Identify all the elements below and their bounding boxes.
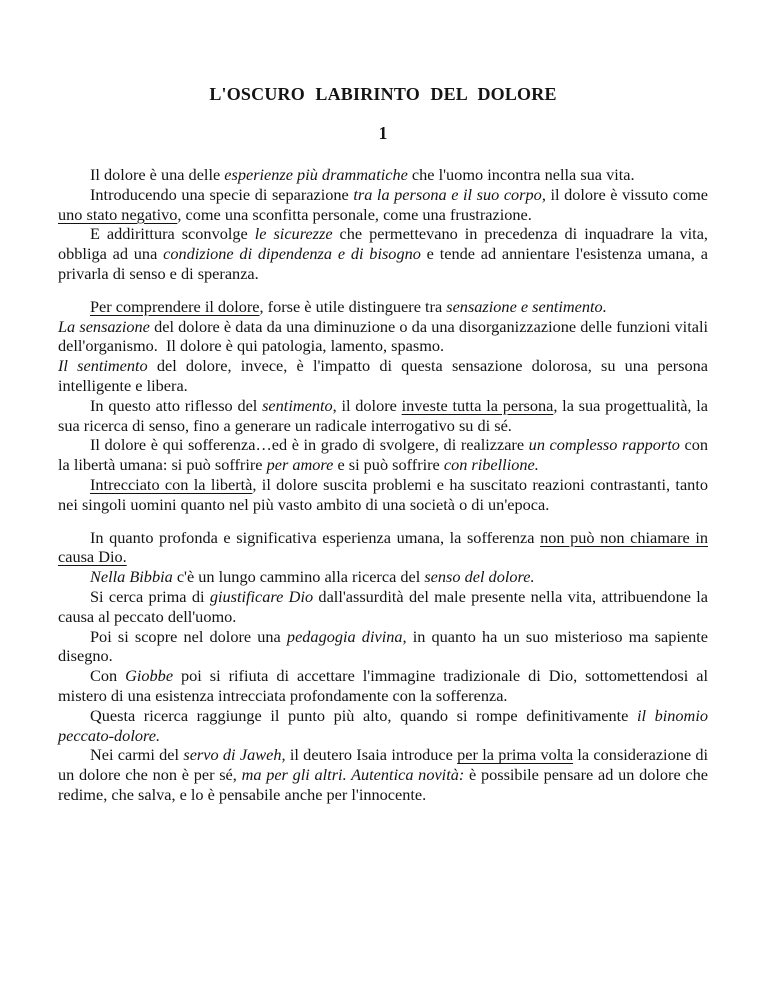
document-body: Il dolore è una delle esperienze più dra…	[58, 165, 708, 805]
text-run: Con	[90, 666, 125, 685]
text-run: Si cerca prima di	[90, 587, 210, 606]
text-run: del dolore è data da una diminuzione o d…	[58, 317, 708, 356]
italic-text-run: giustificare Dio	[210, 587, 313, 606]
underlined-text-run: Per comprendere il dolore	[90, 297, 260, 316]
italic-text-run: le sicurezze	[255, 224, 333, 243]
underlined-text-run: investe tutta la persona	[402, 396, 554, 415]
paragraph: Intrecciato con la libertà, il dolore su…	[58, 475, 708, 515]
paragraph: Nella Bibbia c'è un lungo cammino alla r…	[58, 567, 708, 587]
text-run: Il dolore è qui sofferenza…ed è in grado…	[90, 435, 529, 454]
document-page: L'OSCURO LABIRINTO DEL DOLORE 1 Il dolor…	[0, 0, 768, 994]
paragraph: Per comprendere il dolore, forse è utile…	[58, 297, 708, 317]
text-run: , il dolore	[333, 396, 402, 415]
italic-text-run: Nella Bibbia	[90, 567, 173, 586]
italic-text-run: Giobbe	[125, 666, 173, 685]
text-run: In quanto profonda e significativa esper…	[90, 528, 540, 547]
text-run: che l'uomo incontra nella sua vita.	[408, 165, 635, 184]
text-run: , forse è utile distinguere tra	[260, 297, 447, 316]
underlined-text-run: uno stato negativo	[58, 205, 177, 224]
paragraph: In questo atto riflesso del sentimento, …	[58, 396, 708, 436]
underlined-text-run: Intrecciato con la libertà	[90, 475, 252, 494]
paragraph: Si cerca prima di giustificare Dio dall'…	[58, 587, 708, 627]
italic-text-run: esperienze più drammatiche	[224, 165, 408, 184]
italic-text-run: sensazione e sentimento.	[446, 297, 607, 316]
paragraph: In quanto profonda e significativa esper…	[58, 528, 708, 568]
paragraph: Il dolore è qui sofferenza…ed è in grado…	[58, 435, 708, 475]
text-run: Nei carmi del	[90, 745, 183, 764]
italic-text-run: condizione di dipendenza e di bisogno	[163, 244, 421, 263]
text-run: Introducendo una specie di separazione	[90, 185, 353, 204]
italic-text-run: ma per gli altri. Autentica novità:	[242, 765, 465, 784]
text-run: , il dolore è vissuto come	[542, 185, 708, 204]
italic-text-run: tra la persona e il suo corpo	[353, 185, 541, 204]
text-run: In questo atto riflesso del	[90, 396, 262, 415]
italic-text-run: con ribellione.	[444, 455, 539, 474]
italic-text-run: La sensazione	[58, 317, 150, 336]
paragraph: Introducendo una specie di separazione t…	[58, 185, 708, 225]
italic-text-run: pedagogia divina,	[287, 627, 407, 646]
text-run: Poi si scopre nel dolore una	[90, 627, 287, 646]
section-number: 1	[58, 123, 708, 144]
italic-text-run: senso del dolore.	[424, 567, 534, 586]
paragraph: Il dolore è una delle esperienze più dra…	[58, 165, 708, 185]
paragraph: La sensazione del dolore è data da una d…	[58, 317, 708, 357]
underlined-text-run: per la prima volta	[457, 745, 573, 764]
italic-text-run: Il sentimento	[58, 356, 148, 375]
text-run: il deutero Isaia introduce	[286, 745, 458, 764]
text-run: Il dolore è una delle	[90, 165, 224, 184]
text-run: Questa ricerca raggiunge il punto più al…	[90, 706, 637, 725]
italic-text-run: per amore	[267, 455, 334, 474]
paragraph: Nei carmi del servo di Jaweh, il deutero…	[58, 745, 708, 804]
paragraph: Con Giobbe poi si rifiuta di accettare l…	[58, 666, 708, 706]
text-run: E addirittura sconvolge	[90, 224, 255, 243]
paragraph: Poi si scopre nel dolore una pedagogia d…	[58, 627, 708, 667]
italic-text-run: sentimento	[262, 396, 333, 415]
italic-text-run: servo di Jaweh,	[183, 745, 285, 764]
paragraph: E addirittura sconvolge le sicurezze che…	[58, 224, 708, 283]
text-run: e si può soffrire	[333, 455, 443, 474]
text-run: , come una sconfitta personale, come una…	[177, 205, 531, 224]
document-title: L'OSCURO LABIRINTO DEL DOLORE	[58, 84, 708, 105]
italic-text-run: un complesso rapporto	[529, 435, 680, 454]
text-run: c'è un lungo cammino alla ricerca del	[173, 567, 425, 586]
paragraph: Questa ricerca raggiunge il punto più al…	[58, 706, 708, 746]
text-run: del dolore, invece, è l'impatto di quest…	[58, 356, 708, 395]
paragraph: Il sentimento del dolore, invece, è l'im…	[58, 356, 708, 396]
